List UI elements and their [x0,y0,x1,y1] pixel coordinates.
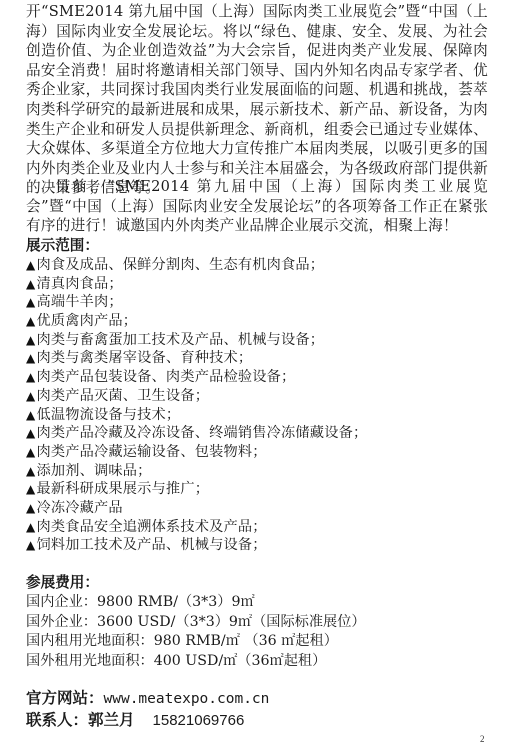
triangle-bullet-icon: ▲ [26,520,35,534]
triangle-bullet-icon: ▲ [26,314,35,328]
triangle-bullet-icon: ▲ [26,464,35,478]
triangle-bullet-icon: ▲ [26,482,35,496]
triangle-bullet-icon: ▲ [26,445,35,459]
page-number: 2 [480,734,485,744]
scope-heading: 展示范围： [26,236,99,256]
triangle-bullet-icon: ▲ [26,426,35,440]
list-item: ▲肉类与畜禽蛋加工技术及产品、机械与设备； [26,331,367,350]
triangle-bullet-icon: ▲ [26,258,35,272]
website-line: 官方网站：www.meatexpo.com.cn [26,686,269,708]
list-item: ▲低温物流设备与技术； [26,406,367,425]
triangle-bullet-icon: ▲ [26,501,35,515]
list-item: ▲优质禽肉产品； [26,312,367,331]
triangle-bullet-icon: ▲ [26,408,35,422]
contact-line: 联系人：郭兰月15821069766 [26,708,244,730]
list-item: ▲饲料加工技术及产品、机械与设备； [26,536,367,555]
contact-phone: 15821069766 [153,712,245,729]
fees-list: 国内企业：9800 RMB/（3*3）9㎡ 国外企业：3600 USD/（3*3… [26,593,366,671]
fee-item: 国外租用光地面积：400 USD/㎡（36㎡起租） [26,652,366,672]
triangle-bullet-icon: ▲ [26,277,35,291]
list-item: ▲肉类产品冷藏运输设备、包装物料； [26,443,367,462]
intro-paragraph: 开“SME2014 第九届中国（上海）国际肉类工业展览会”暨“中国（上海）国际肉… [26,2,488,198]
fees-heading: 参展费用： [26,573,99,593]
list-item: ▲肉类食品安全追溯体系技术及产品； [26,518,367,537]
triangle-bullet-icon: ▲ [26,351,35,365]
list-item: ▲高端牛羊肉； [26,293,367,312]
list-item: ▲肉类产品灭菌、卫生设备； [26,387,367,406]
list-item: ▲清真肉食品； [26,275,367,294]
website-label: 官方网站： [26,689,104,707]
contact-label: 联系人： [26,711,88,729]
list-item: ▲肉类产品冷藏及冷冻设备、终端销售冷冻储藏设备； [26,424,367,443]
list-item: ▲最新科研成果展示与推广； [26,480,367,499]
triangle-bullet-icon: ▲ [26,295,35,309]
list-item: ▲肉食及成品、保鲜分割肉、生态有机肉食品； [26,256,367,275]
triangle-bullet-icon: ▲ [26,333,35,347]
list-item: ▲添加剂、调味品； [26,462,367,481]
list-item: ▲肉类产品包装设备、肉类产品检验设备； [26,368,367,387]
contact-name: 郭兰月 [88,711,135,729]
fee-item: 国内租用光地面积：980 RMB/㎡ （36 ㎡起租） [26,632,366,652]
fee-item: 国外企业：3600 USD/（3*3）9㎡（国际标准展位） [26,613,366,633]
fee-item: 国内企业：9800 RMB/（3*3）9㎡ [26,593,366,613]
document-page: 开“SME2014 第九届中国（上海）国际肉类工业展览会”暨“中国（上海）国际肉… [0,0,510,747]
triangle-bullet-icon: ▲ [26,370,35,384]
status-paragraph: 目前，“SME2014 第九届中国（上海）国际肉类工业展览会”暨“中国（上海）国… [26,177,488,236]
scope-list: ▲肉食及成品、保鲜分割肉、生态有机肉食品； ▲清真肉食品； ▲高端牛羊肉； ▲优… [26,256,367,555]
list-item: ▲冷冻冷藏产品 [26,499,367,518]
triangle-bullet-icon: ▲ [26,389,35,403]
website-link[interactable]: www.meatexpo.com.cn [104,691,270,707]
list-item: ▲肉类与禽类屠宰设备、育种技术； [26,349,367,368]
triangle-bullet-icon: ▲ [26,538,35,552]
